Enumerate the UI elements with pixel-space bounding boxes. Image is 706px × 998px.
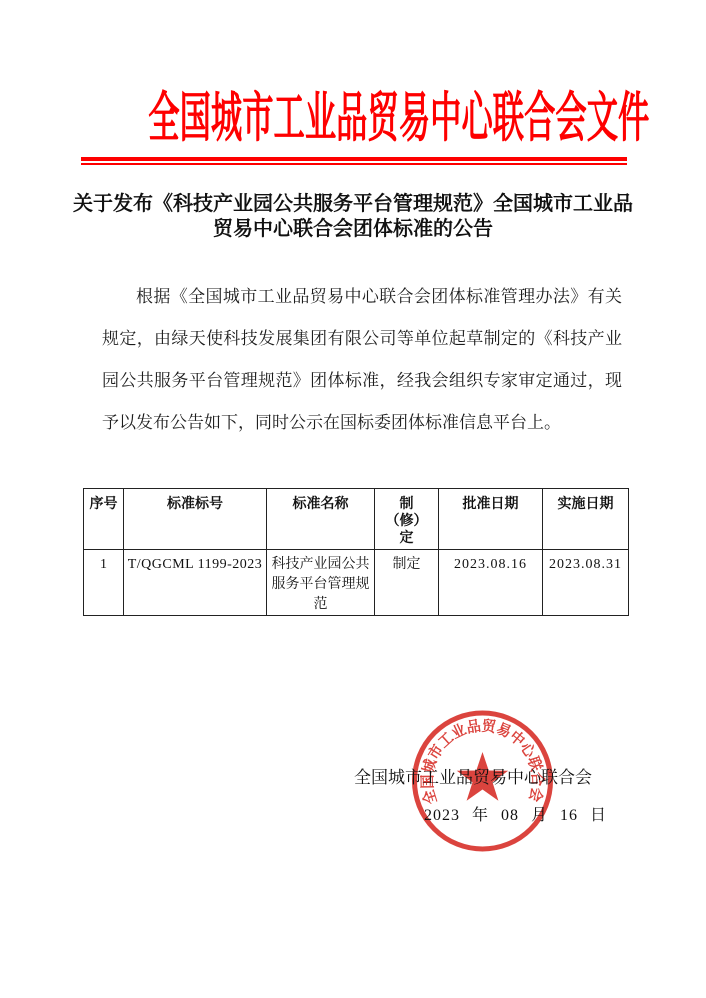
col-header-revision-type: 制 （修） 定 [375,489,439,550]
cell-approval-date: 2023.08.16 [439,550,543,616]
col-header-standard-name: 标准名称 [267,489,375,550]
signature-org-name: 全国城市工业品贸易中心联合会 [354,768,592,788]
notice-body-paragraph: 根据《全国城市工业品贸易中心联合会团体标准管理办法》有关规定，由绿天使科技发展集… [102,276,622,444]
col-header-standard-code: 标准标号 [124,489,267,550]
standards-table: 序号 标准标号 标准名称 制 （修） 定 批准日期 实施日期 1 T/QGCML… [83,488,629,616]
cell-revision-type: 制定 [375,550,439,616]
cell-index: 1 [84,550,124,616]
col-header-implementation-date: 实施日期 [543,489,629,550]
col-header-approval-date: 批准日期 [439,489,543,550]
cell-standard-name: 科技产业园公共服务平台管理规范 [267,550,375,616]
letterhead-org-title: 全国城市工业品贸易中心联合会文件 [148,90,557,147]
signature-date: 2023 年 08 月 16 日 [424,806,607,826]
table-header-row: 序号 标准标号 标准名称 制 （修） 定 批准日期 实施日期 [84,489,629,550]
cell-standard-code: T/QGCML 1199-2023 [124,550,267,616]
letterhead-double-rule [81,157,627,165]
col-header-index: 序号 [84,489,124,550]
cell-implementation-date: 2023.08.31 [543,550,629,616]
notice-title: 关于发布《科技产业园公共服务平台管理规范》全国城市工业品贸易中心联合会团体标准的… [73,192,633,242]
table-row: 1 T/QGCML 1199-2023 科技产业园公共服务平台管理规范 制定 2… [84,550,629,616]
